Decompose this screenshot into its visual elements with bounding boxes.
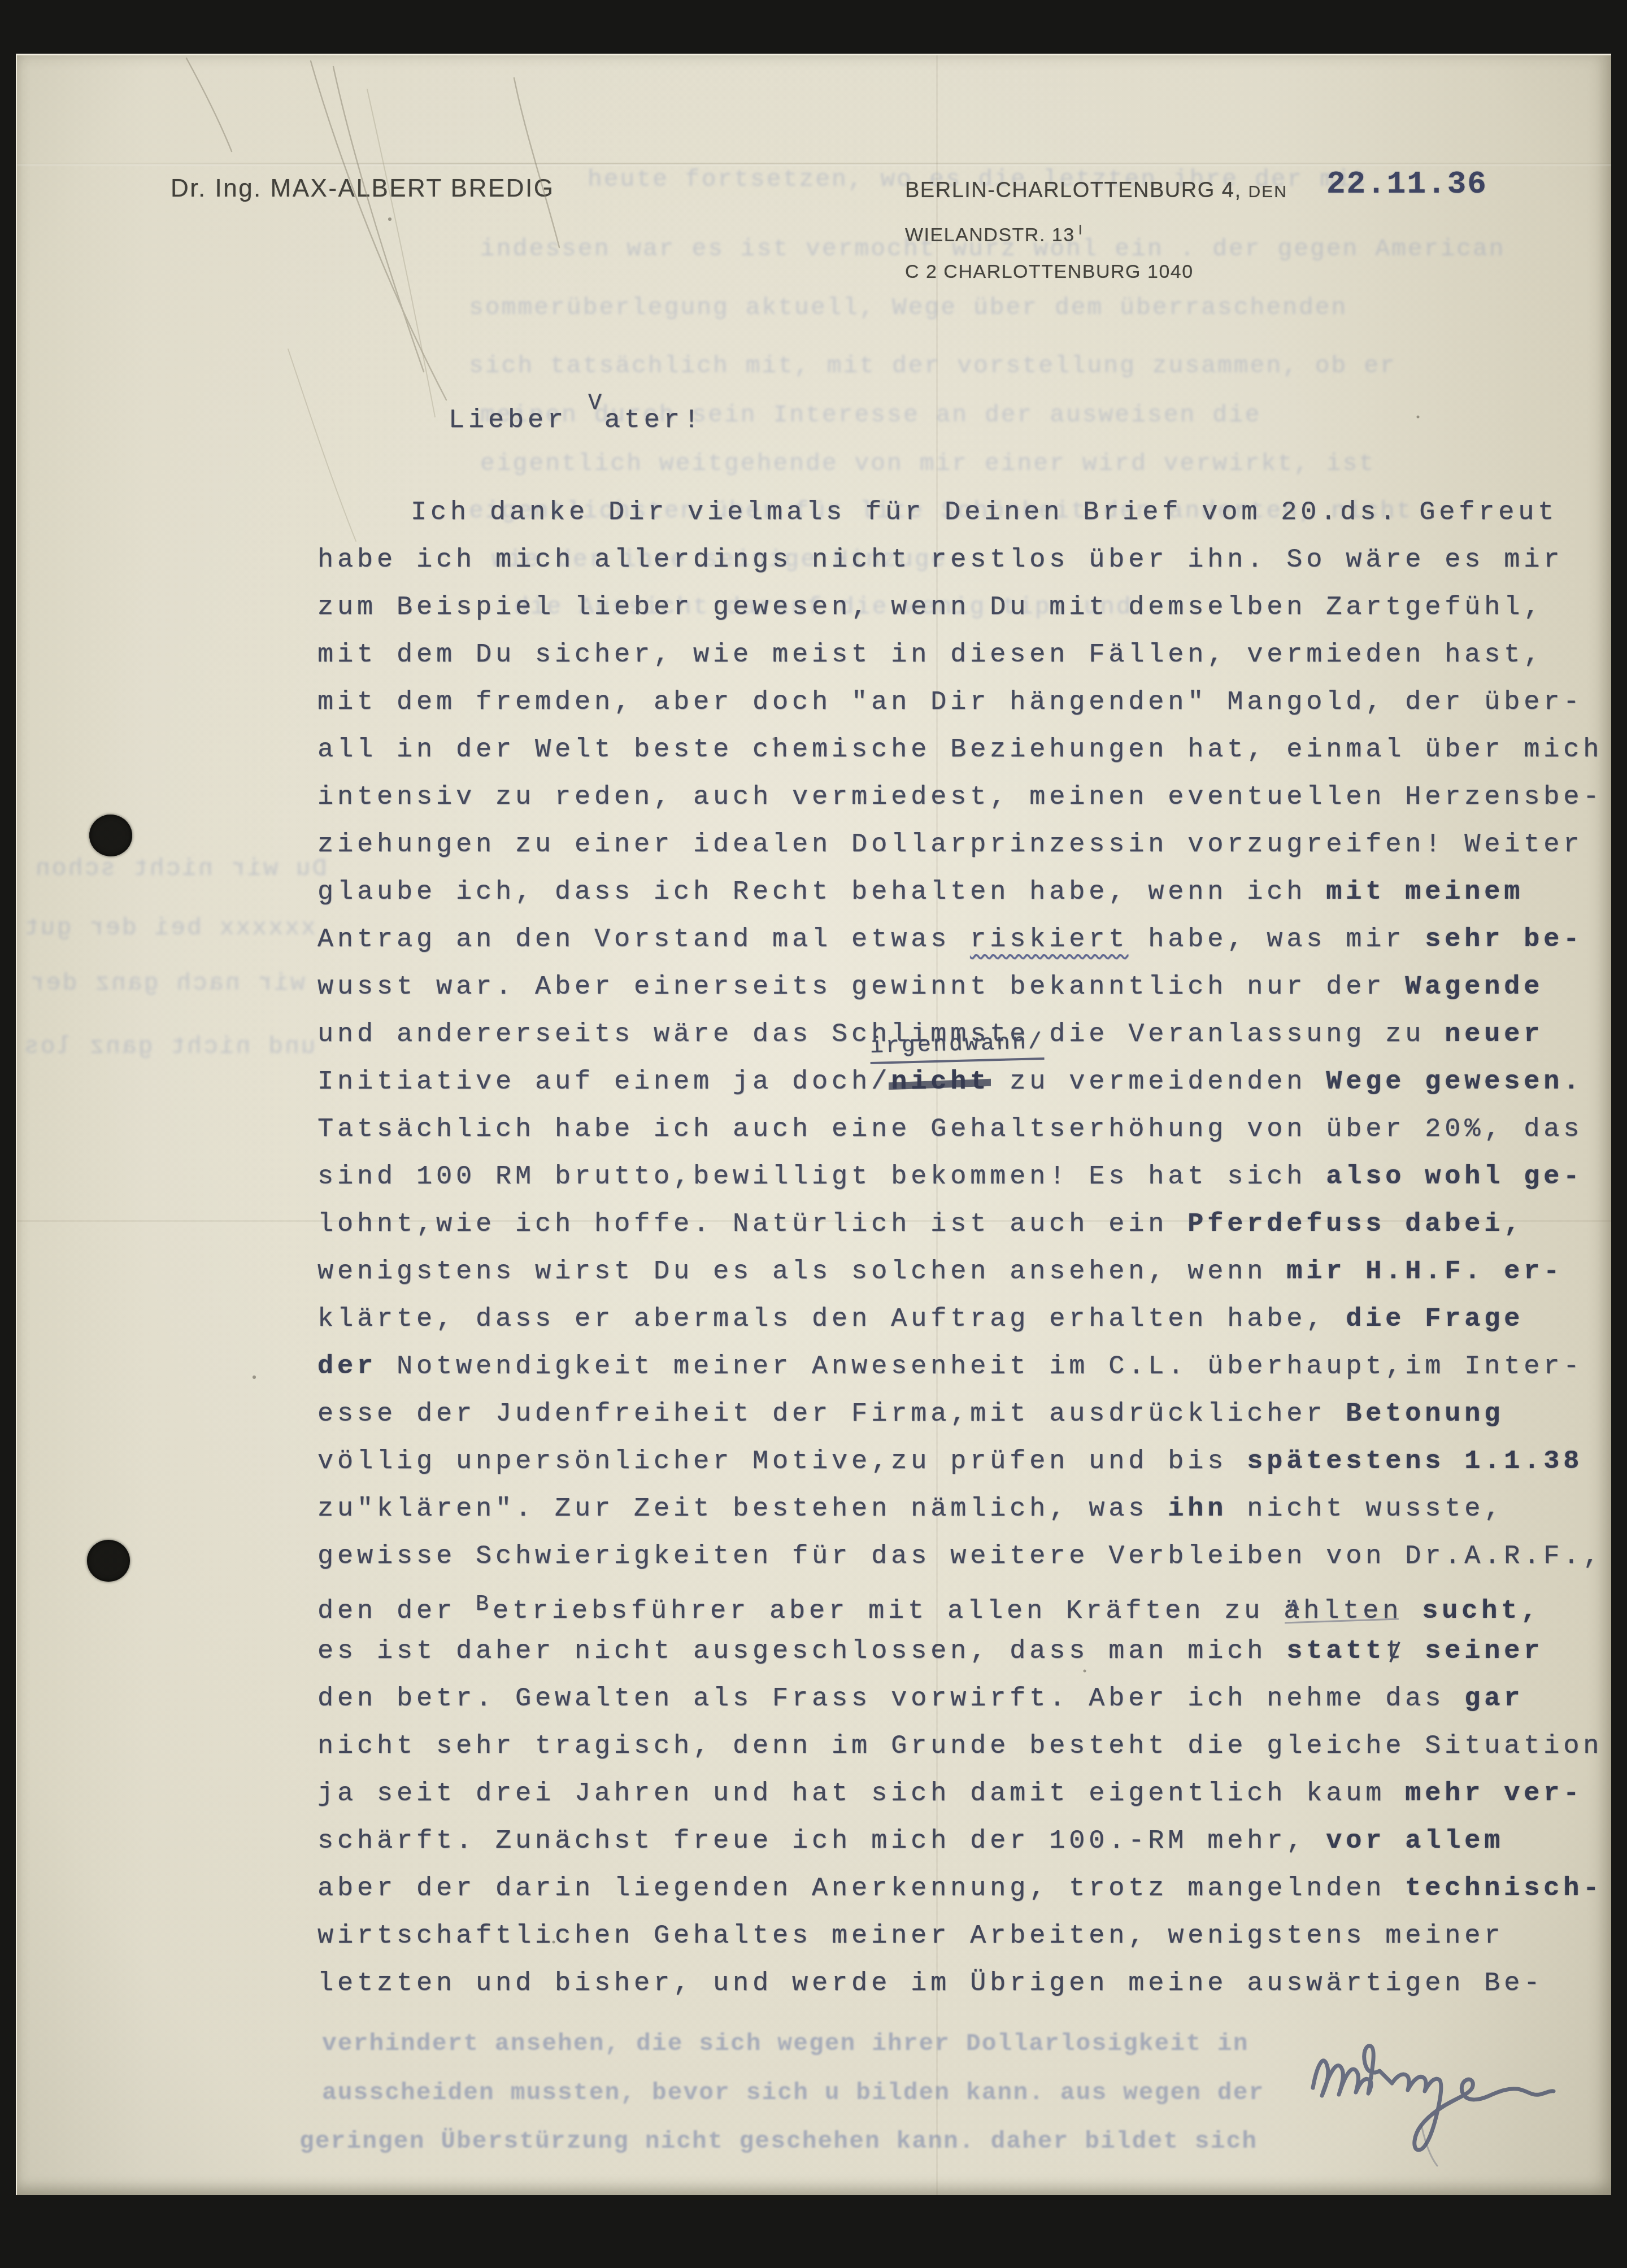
body-line: klärte, dass er abermals den Auftrag erh…	[317, 1296, 1611, 1343]
text-segment: aber der darin liegenden Anerkennung, tr…	[317, 1874, 1405, 1904]
text-segment	[1402, 1596, 1422, 1626]
body-line: ziehungen zu einer idealen Dollarprinzes…	[317, 821, 1611, 869]
text-segment: sehr be-	[1425, 925, 1583, 955]
body-text: Ich danke Dir vielmals für Deinen Brief …	[317, 489, 1611, 2008]
text-segment: etriebsführer aber mit allen Kräften zu	[493, 1596, 1284, 1626]
text-segment: sind 100 RM brutto,bewilligt bekommen! E…	[317, 1162, 1326, 1192]
letterhead-street: WIELANDSTR. 13I	[905, 217, 1083, 248]
text-segment: mehr ver-	[1405, 1779, 1583, 1809]
text-segment: gar	[1464, 1684, 1524, 1714]
text-segment: statt	[1286, 1636, 1385, 1666]
text-segment: t	[1385, 1636, 1405, 1666]
body-line: ja seit drei Jahren und hat sich damit e…	[317, 1770, 1611, 1818]
text-segment: habe ich mich allerdings nicht restlos ü…	[317, 545, 1563, 575]
salutation: Lieber Vater!	[449, 407, 703, 436]
text-segment: vor allem	[1326, 1826, 1504, 1856]
body-line: wirtschaftlichen Gehaltes meiner Arbeite…	[317, 1913, 1611, 1960]
body-line: all in der Welt beste chemische Beziehun…	[317, 726, 1611, 774]
text-segment: ählten	[1284, 1596, 1402, 1626]
ghost-bleedthrough-line: eigentlich weitgehende von mir einer wir…	[480, 450, 1375, 477]
body-line: gewisse Schwierigkeiten für das weitere …	[317, 1533, 1611, 1581]
body-line: den der Betriebsführer aber mit allen Kr…	[317, 1581, 1611, 1628]
text-segment: mit dem Du sicher, wie meist in diesen F…	[317, 640, 1543, 670]
text-segment: Notwendigkeit meiner Anwesenheit im C.L.…	[377, 1352, 1583, 1382]
text-segment: all in der Welt beste chemische Beziehun…	[317, 735, 1603, 765]
body-line: aber der darin liegenden Anerkennung, tr…	[317, 1865, 1611, 1913]
body-line: der Notwendigkeit meiner Anwesenheit im …	[317, 1343, 1611, 1391]
inserted-word-above-line: irgendwann/	[869, 1030, 1044, 1064]
text-segment: wusst war. Aber einerseits gewinnt bekan…	[317, 972, 1405, 1002]
body-line: den betr. Gewalten als Frass vorwirft. A…	[317, 1675, 1611, 1723]
salutation-pre: Lieber	[449, 406, 587, 436]
letterhead-sender: Dr. Ing. MAX-ALBERT BREDIG	[171, 175, 555, 203]
punch-hole	[87, 812, 134, 859]
letterhead-city-line: BERLIN-CHARLOTTENBURG 4, DEN	[905, 176, 1287, 206]
ghost-bleedthrough-line: geringen Überstürzung nicht geschehen ka…	[299, 2127, 1258, 2155]
text-segment: seiner	[1405, 1636, 1543, 1666]
ghost-bleedthrough-line: Du wir nicht schon	[34, 855, 327, 882]
body-line: mit dem fremden, aber doch "an Dir hänge…	[317, 679, 1611, 726]
fold-crease-horizontal	[17, 163, 1611, 164]
text-segment: mir H.H.F. er-	[1286, 1257, 1563, 1287]
text-segment: habe, was mir	[1128, 925, 1425, 955]
body-line: wenigstens wirst Du es als solchen anseh…	[317, 1248, 1611, 1296]
text-segment: mit meinem	[1326, 877, 1524, 907]
letterhead-city: BERLIN-CHARLOTTENBURG 4,	[905, 179, 1248, 202]
text-segment: ziehungen zu einer idealen Dollarprinzes…	[317, 830, 1583, 860]
ghost-bleedthrough-line: xxxxxx bei der gut	[23, 914, 315, 942]
signature-scribble	[1305, 2015, 1565, 2191]
text-segment: völlig unpersönlicher Motive,zu prüfen u…	[317, 1447, 1247, 1477]
body-line: es ist daher nicht ausgeschlossen, dass …	[317, 1628, 1611, 1675]
text-segment: Wege gewesen.	[1326, 1067, 1583, 1097]
body-line: zum Beispiel lieber gewesen, wenn Du mit…	[317, 584, 1611, 632]
text-segment: wirtschaftlichen Gehaltes meiner Arbeite…	[317, 1921, 1504, 1951]
text-segment: ihn	[1168, 1494, 1227, 1524]
text-segment: Ich danke Dir vielmals für Deinen Brief …	[411, 498, 1558, 528]
body-line: Initiative auf einem ja doch/irgendwann/…	[317, 1059, 1611, 1106]
text-segment: esse der Judenfreiheit der Firma,mit aus…	[317, 1399, 1346, 1429]
street-name: WIELANDSTR. 13	[905, 224, 1075, 246]
text-segment: B	[476, 1592, 493, 1617]
text-segment: der	[317, 1352, 377, 1382]
punch-hole	[87, 1540, 130, 1582]
text-segment: Initiative auf einem ja doch/	[317, 1067, 891, 1097]
text-segment: Pferdefuss dabei,	[1187, 1209, 1524, 1239]
body-line: Ich danke Dir vielmals für Deinen Brief …	[317, 489, 1611, 537]
ghost-bleedthrough-line: ausscheiden mussten, bevor sich u bilden…	[322, 2079, 1264, 2106]
ghost-bleedthrough-line: sommerüberlegung aktuell, Wege über dem …	[469, 294, 1347, 321]
body-line: Antrag an den Vorstand mal etwas riskier…	[317, 916, 1611, 964]
text-segment: riskiert	[970, 925, 1128, 955]
ghost-bleedthrough-line: verhindert ansehen, die sich wegen ihrer…	[322, 2030, 1248, 2057]
text-segment: neuer	[1445, 1020, 1543, 1050]
text-segment: nicht wusste,	[1227, 1494, 1504, 1524]
text-segment: zu vermeidenden	[990, 1067, 1326, 1097]
body-line: zu"klären". Zur Zeit bestehen nämlich, w…	[317, 1486, 1611, 1533]
text-segment: Tatsächlich habe ich auch eine Gehaltser…	[317, 1115, 1583, 1144]
body-line: lohnt,wie ich hoffe. Natürlich ist auch …	[317, 1201, 1611, 1248]
body-line: glaube ich, dass ich Recht behalten habe…	[317, 869, 1611, 916]
text-segment: gewisse Schwierigkeiten für das weitere …	[317, 1542, 1603, 1572]
text-segment: Wagende	[1405, 972, 1543, 1002]
paper: Dr. Ing. MAX-ALBERT BREDIG BERLIN-CHARLO…	[16, 54, 1611, 2195]
text-segment: lohnt,wie ich hoffe. Natürlich ist auch …	[317, 1209, 1187, 1239]
body-line: Tatsächlich habe ich auch eine Gehaltser…	[317, 1106, 1611, 1153]
text-segment: klärte, dass er abermals den Auftrag erh…	[317, 1304, 1346, 1334]
scanned-letter-page: Dr. Ing. MAX-ALBERT BREDIG BERLIN-CHARLO…	[0, 0, 1627, 2268]
inserted-letter-v: V	[588, 391, 606, 416]
text-segment: Antrag an den Vorstand mal etwas	[317, 925, 970, 955]
text-segment: wenigstens wirst Du es als solchen anseh…	[317, 1257, 1286, 1287]
text-segment: zum Beispiel lieber gewesen, wenn Du mit…	[317, 593, 1543, 622]
letterhead-phone: C 2 CHARLOTTENBURG 1040	[905, 259, 1194, 285]
text-segment: glaube ich, dass ich Recht behalten habe…	[317, 877, 1326, 907]
body-line: völlig unpersönlicher Motive,zu prüfen u…	[317, 1438, 1611, 1486]
text-segment: letzten und bisher, und werde im Übrigen…	[317, 1969, 1543, 1999]
body-line: sind 100 RM brutto,bewilligt bekommen! E…	[317, 1153, 1611, 1201]
text-segment: den betr. Gewalten als Frass vorwirft. A…	[317, 1684, 1464, 1714]
text-segment: nicht sehr tragisch, denn im Grunde best…	[317, 1731, 1603, 1761]
text-segment: zu"klären". Zur Zeit bestehen nämlich, w…	[317, 1494, 1168, 1524]
text-segment: also wohl ge-	[1326, 1162, 1583, 1192]
text-segment: die Frage	[1346, 1304, 1524, 1334]
ghost-bleedthrough-line: sich tatsächlich mit, mit der vorstellun…	[469, 352, 1397, 380]
text-segment: nicht	[891, 1067, 990, 1097]
body-line: nicht sehr tragisch, denn im Grunde best…	[317, 1723, 1611, 1770]
body-line: letzten und bisher, und werde im Übrigen…	[317, 1960, 1611, 2008]
letterhead-den: DEN	[1248, 182, 1287, 201]
text-segment: den der	[317, 1596, 476, 1626]
street-floor-superscript: I	[1078, 223, 1083, 238]
text-segment: es ist daher nicht ausgeschlossen, dass …	[317, 1636, 1286, 1666]
ghost-bleedthrough-line: wir nach ganz der	[28, 969, 305, 997]
text-segment: ja seit drei Jahren und hat sich damit e…	[317, 1779, 1405, 1809]
date-stamp: 22.11.36	[1326, 166, 1487, 202]
body-line: habe ich mich allerdings nicht restlos ü…	[317, 537, 1611, 584]
body-line: wusst war. Aber einerseits gewinnt bekan…	[317, 964, 1611, 1011]
body-line: intensiv zu reden, auch vermiedest, mein…	[317, 774, 1611, 821]
text-segment: intensiv zu reden, auch vermiedest, mein…	[317, 782, 1603, 812]
salutation-post: ater!	[604, 406, 703, 436]
body-line: schärft. Zunächst freue ich mich der 100…	[317, 1818, 1611, 1865]
ghost-bleedthrough-line: und nicht ganz los	[23, 1033, 315, 1060]
text-segment: spätestens 1.1.38	[1247, 1447, 1583, 1477]
text-segment: Betonung	[1346, 1399, 1504, 1429]
body-line: mit dem Du sicher, wie meist in diesen F…	[317, 632, 1611, 679]
text-segment: mit dem fremden, aber doch "an Dir hänge…	[317, 687, 1583, 717]
body-line: esse der Judenfreiheit der Firma,mit aus…	[317, 1391, 1611, 1438]
text-segment: technisch-	[1405, 1874, 1603, 1904]
text-segment: schärft. Zunächst freue ich mich der 100…	[317, 1826, 1326, 1856]
text-segment: sucht,	[1422, 1596, 1541, 1626]
